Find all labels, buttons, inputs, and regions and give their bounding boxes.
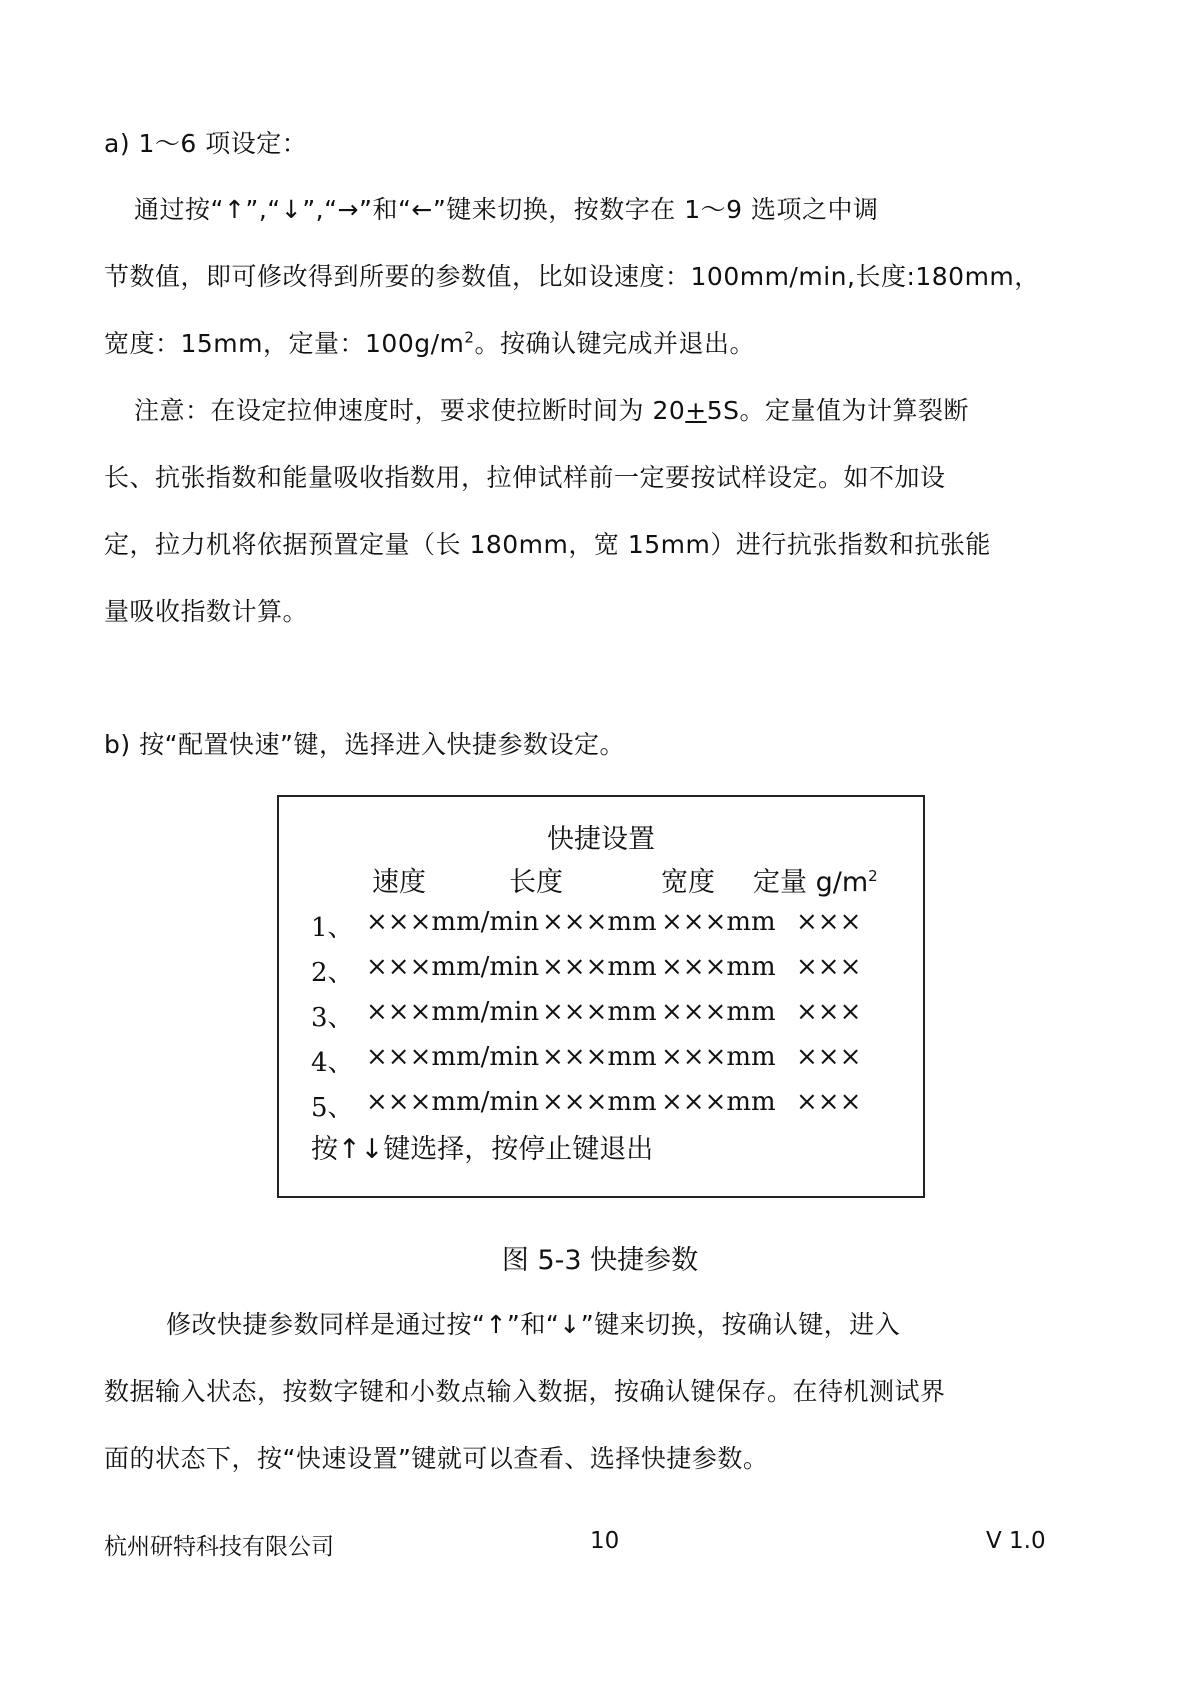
section-c-line3: 面的状态下，按“快速设置”键就可以查看、选择快捷参数。 [104, 1439, 768, 1475]
row-grammage: ××× [796, 1042, 861, 1072]
quick-settings-screen-figure: 快捷设置 速度 长度 宽度 定量 g/m2 1、 ×××mm/min ×××mm… [277, 795, 925, 1198]
row-length: ×××mm [542, 1087, 657, 1117]
row-width: ×××mm [661, 1042, 776, 1072]
section-a-para1-line3: 宽度：15mm，定量：100g/m2。按确认键完成并退出。 [104, 324, 755, 360]
row-length: ×××mm [542, 952, 657, 982]
plus-minus-sign: + [685, 396, 706, 425]
row-grammage: ××× [796, 952, 861, 982]
figure-hint: 按↑↓键选择，按停止键退出 [311, 1127, 653, 1166]
row-index: 5、 [311, 1087, 354, 1124]
footer-company: 杭州研特科技有限公司 [104, 1528, 334, 1561]
para2-line1-tail: 5S。定量值为计算裂断 [707, 396, 969, 425]
row-grammage: ××× [796, 997, 861, 1027]
row-speed: ×××mm/min [366, 1087, 539, 1117]
section-a-heading: a) 1～6 项设定： [104, 124, 307, 160]
row-width: ×××mm [661, 1087, 776, 1117]
row-length: ×××mm [542, 907, 657, 937]
row-speed: ×××mm/min [366, 1042, 539, 1072]
footer-version: V 1.0 [986, 1528, 1046, 1554]
section-b-heading: b) 按“配置快速”键，选择进入快捷参数设定。 [104, 725, 625, 761]
row-width: ×××mm [661, 952, 776, 982]
row-width: ×××mm [661, 907, 776, 937]
grammage-label: 定量 g/m [753, 867, 868, 898]
section-a-para2-line2: 长、抗张指数和能量吸收指数用，拉伸试样前一定要按试样设定。如不加设 [104, 458, 946, 494]
figure-caption: 图 5-3 快捷参数 [0, 1238, 1200, 1277]
row-index: 3、 [311, 997, 354, 1034]
column-header-width: 宽度 [661, 860, 715, 899]
superscript: 2 [868, 867, 878, 885]
row-length: ×××mm [542, 1042, 657, 1072]
column-header-grammage: 定量 g/m2 [753, 860, 878, 899]
figure-title: 快捷设置 [279, 817, 923, 856]
row-grammage: ××× [796, 907, 861, 937]
row-index: 1、 [311, 907, 354, 944]
section-a-para1-line2: 节数值，即可修改得到所要的参数值，比如设速度：100mm/min,长度:180m… [104, 257, 1040, 293]
row-grammage: ××× [796, 1087, 861, 1117]
row-index: 2、 [311, 952, 354, 989]
para2-line1-text: 注意：在设定拉伸速度时，要求使拉断时间为 20 [134, 396, 685, 425]
para1-line3-text: 宽度：15mm，定量：100g/m [104, 329, 464, 358]
section-a-para2-line4: 量吸收指数计算。 [104, 592, 308, 628]
para1-line3-tail: 。按确认键完成并退出。 [474, 329, 755, 358]
footer-page-number: 10 [590, 1528, 619, 1554]
column-header-speed: 速度 [372, 860, 426, 899]
section-c-line2: 数据输入状态，按数字键和小数点输入数据，按确认键保存。在待机测试界 [104, 1372, 946, 1408]
section-a-para2-line3: 定，拉力机将依据预置定量（长 180mm，宽 15mm）进行抗张指数和抗张能 [104, 525, 991, 561]
superscript: 2 [464, 329, 474, 347]
section-a-para1-line1: 通过按“↑”,“↓”,“→”和“←”键来切换，按数字在 1～9 选项之中调 [134, 190, 879, 226]
row-width: ×××mm [661, 997, 776, 1027]
row-index: 4、 [311, 1042, 354, 1079]
section-a-para2-line1: 注意：在设定拉伸速度时，要求使拉断时间为 20+5S。定量值为计算裂断 [134, 391, 969, 427]
row-speed: ×××mm/min [366, 907, 539, 937]
section-c-line1: 修改快捷参数同样是通过按“↑”和“↓”键来切换，按确认键，进入 [166, 1305, 900, 1341]
row-speed: ×××mm/min [366, 952, 539, 982]
column-header-length: 长度 [509, 860, 563, 899]
row-length: ×××mm [542, 997, 657, 1027]
row-speed: ×××mm/min [366, 997, 539, 1027]
